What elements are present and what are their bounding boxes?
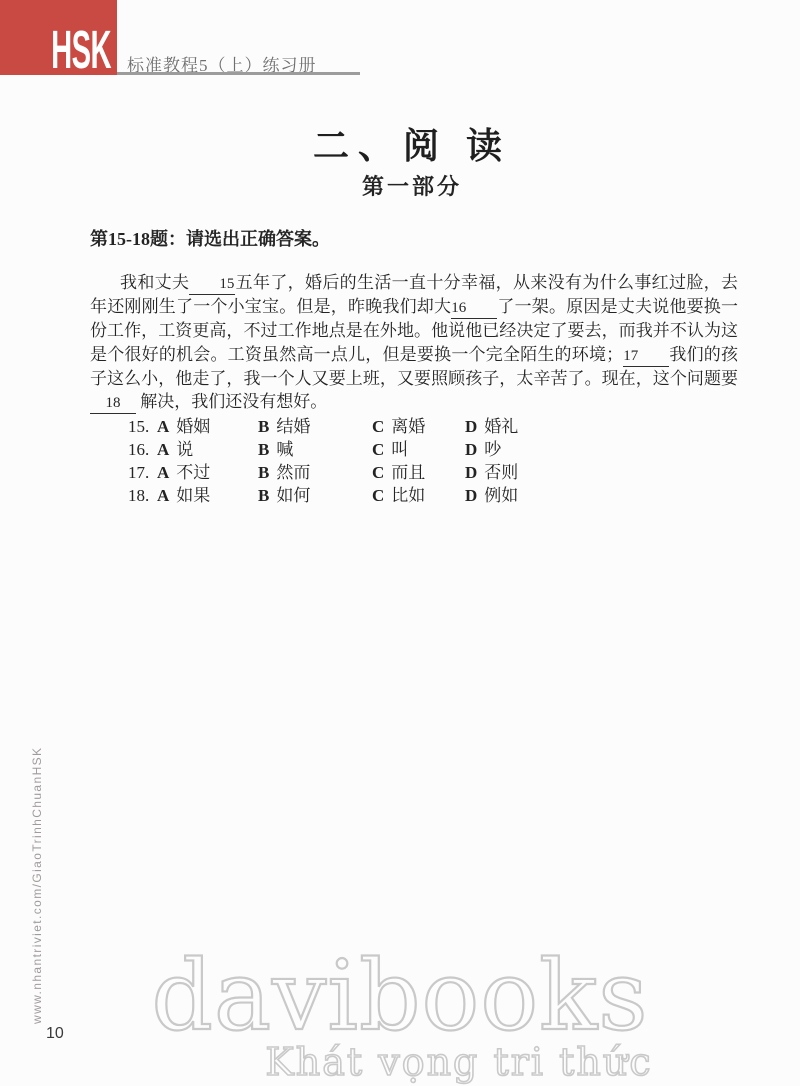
- passage: 我和丈夫15五年了，婚后的生活一直十分幸福，从来没有为什么事红过脸，去年还刚刚生…: [90, 271, 738, 414]
- option-15-B: B结婚: [258, 415, 372, 438]
- blank-17: 17: [623, 348, 669, 367]
- question-row: 16.A说B喊C叫D吵: [128, 438, 518, 461]
- option-letter: C: [372, 463, 384, 482]
- option-16-A: A说: [157, 438, 258, 461]
- option-17-B: B然而: [258, 461, 372, 484]
- instruction: 第15-18题：请选出正确答案。: [90, 225, 330, 251]
- passage-line: 份工作，工资更高，不过工作地点是在外地。他说他已经决定了要去，而我并不认为这: [90, 319, 738, 343]
- option-18-C: C比如: [372, 484, 465, 507]
- question-number: 17.: [128, 461, 157, 484]
- section-title: 二、阅 读: [12, 118, 800, 169]
- passage-line: 18 解决，我们还没有想好。: [90, 390, 738, 414]
- passage-line: 是个很好的机会。工资虽然高一点儿，但是要换一个完全陌生的环境；17我们的孩: [90, 343, 738, 367]
- option-letter: C: [372, 417, 384, 436]
- watermark-brand: davibooks: [0, 946, 800, 1047]
- option-16-C: C叫: [372, 438, 465, 461]
- sidebar-url-vertical-text: www.nhantriviet.com/GiaoTrinhChuanHSK: [30, 747, 44, 1024]
- option-18-A: A如果: [157, 484, 258, 507]
- watermark-slogan: Khát vọng tri thức: [0, 1040, 800, 1084]
- scanned-page: HSK 标准教程5（上）练习册 二、阅 读 第一部分 第15-18题：请选出正确…: [0, 0, 800, 1086]
- option-16-D: D吵: [465, 438, 518, 461]
- question-number: 16.: [128, 438, 157, 461]
- option-letter: A: [157, 486, 169, 505]
- hsk-logo-text: HSK: [51, 27, 111, 75]
- option-15-A: A婚姻: [157, 415, 258, 438]
- option-16-B: B喊: [258, 438, 372, 461]
- option-letter: A: [157, 463, 169, 482]
- option-letter: A: [157, 417, 169, 436]
- questions-list: 15.A婚姻B结婚C离婚D婚礼16.A说B喊C叫D吵17.A不过B然而C而且D否…: [128, 415, 518, 507]
- passage-line: 我和丈夫15五年了，婚后的生活一直十分幸福，从来没有为什么事红过脸，去: [90, 271, 738, 295]
- option-letter: B: [258, 486, 269, 505]
- blank-16: 16: [451, 300, 497, 319]
- option-letter: C: [372, 486, 384, 505]
- passage-line: 子这么小，他走了，我一个人又要上班，又要照顾孩子，太辛苦了。现在，这个问题要: [90, 367, 738, 391]
- option-letter: C: [372, 440, 384, 459]
- option-letter: B: [258, 417, 269, 436]
- option-17-A: A不过: [157, 461, 258, 484]
- option-letter: D: [465, 463, 477, 482]
- blank-15: 15: [189, 276, 235, 295]
- question-row: 15.A婚姻B结婚C离婚D婚礼: [128, 415, 518, 438]
- option-17-D: D否则: [465, 461, 518, 484]
- part-title: 第一部分: [12, 170, 800, 201]
- option-letter: B: [258, 440, 269, 459]
- option-18-B: B如何: [258, 484, 372, 507]
- header-rule: [117, 72, 360, 75]
- option-15-C: C离婚: [372, 415, 465, 438]
- option-letter: D: [465, 440, 477, 459]
- question-row: 17.A不过B然而C而且D否则: [128, 461, 518, 484]
- option-18-D: D例如: [465, 484, 518, 507]
- option-15-D: D婚礼: [465, 415, 518, 438]
- option-17-C: C而且: [372, 461, 465, 484]
- passage-line: 年还刚刚生了一个小宝宝。但是，昨晚我们却大16了一架。原因是丈夫说他要换一: [90, 295, 738, 319]
- question-number: 15.: [128, 415, 157, 438]
- blank-18: 18: [90, 395, 136, 414]
- hsk-logo-block: HSK: [0, 0, 117, 75]
- question-number: 18.: [128, 484, 157, 507]
- watermark: davibooks Khát vọng tri thức: [0, 946, 800, 1084]
- option-letter: B: [258, 463, 269, 482]
- option-letter: A: [157, 440, 169, 459]
- option-letter: D: [465, 486, 477, 505]
- question-row: 18.A如果B如何C比如D例如: [128, 484, 518, 507]
- option-letter: D: [465, 417, 477, 436]
- page-number: 10: [46, 1025, 64, 1043]
